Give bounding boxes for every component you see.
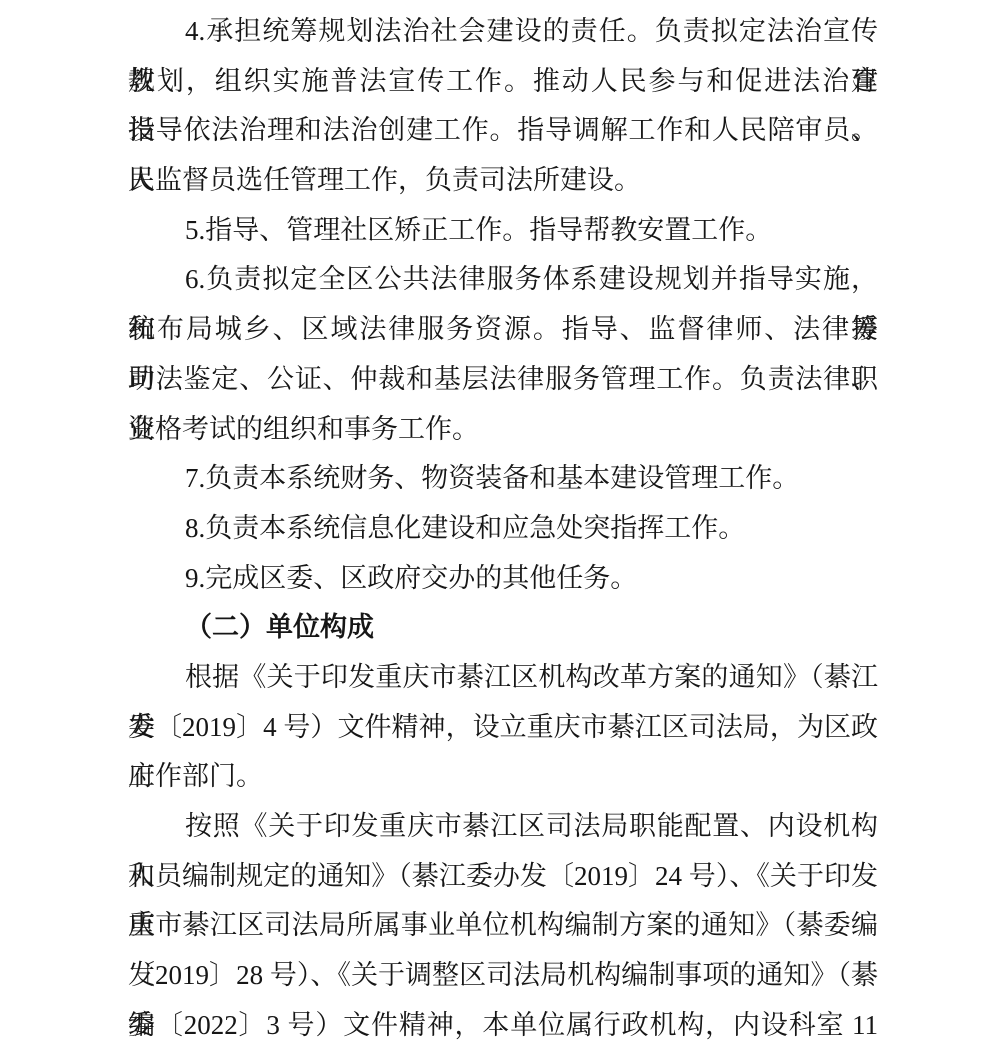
section-heading: （二）单位构成: [128, 603, 878, 653]
text-line: 4.承担统筹规划法治社会建设的责任。负责拟定法治宣传教育: [128, 7, 878, 57]
text-line: 5.指导、管理社区矫正工作。指导帮教安置工作。: [128, 206, 878, 256]
text-line: 根据《关于印发重庆市綦江区机构改革方案的通知》（綦江委: [128, 653, 878, 703]
text-line: 资格考试的组织和事务工作。: [128, 405, 878, 455]
text-line: 司法鉴定、公证、仲裁和基层法律服务管理工作。负责法律职业: [128, 355, 878, 405]
text-line: 〔2019〕28 号）、《关于调整区司法局机构编制事项的通知》（綦委: [128, 951, 878, 1001]
text-line: 按照《关于印发重庆市綦江区司法局职能配置、内设机构和: [128, 802, 878, 852]
text-line: 民监督员选任管理工作，负责司法所建设。: [128, 156, 878, 206]
text-line: 7.负责本系统财务、物资装备和基本建设管理工作。: [128, 454, 878, 504]
text-line: 工作部门。: [128, 752, 878, 802]
text-line: 9.完成区委、区政府交办的其他任务。: [128, 554, 878, 604]
text-line: 和布局城乡、区域法律服务资源。指导、监督律师、法律援助、: [128, 305, 878, 355]
text-line: 8.负责本系统信息化建设和应急处突指挥工作。: [128, 504, 878, 554]
text-line: 庆市綦江区司法局所属事业单位机构编制方案的通知》（綦委编发: [128, 901, 878, 951]
text-line: 编〔2022〕3 号）文件精神，本单位属行政机构，内设科室 11 个，: [128, 1001, 878, 1051]
document-body: 4.承担统筹规划法治社会建设的责任。负责拟定法治宣传教育规划，组织实施普法宣传工…: [128, 7, 878, 1050]
text-line: 6.负责拟定全区公共法律服务体系建设规划并指导实施，统筹: [128, 255, 878, 305]
text-line: 人员编制规定的通知》（綦江委办发〔2019〕24 号）、《关于印发重: [128, 852, 878, 902]
text-line: 发〔2019〕4 号）文件精神，设立重庆市綦江区司法局，为区政府: [128, 703, 878, 753]
text-line: 指导依法治理和法治创建工作。指导调解工作和人民陪审员、人: [128, 106, 878, 156]
document-page: 4.承担统筹规划法治社会建设的责任。负责拟定法治宣传教育规划，组织实施普法宣传工…: [0, 0, 1000, 1053]
text-line: 规划，组织实施普法宣传工作。推动人民参与和促进法治建设。: [128, 57, 878, 107]
